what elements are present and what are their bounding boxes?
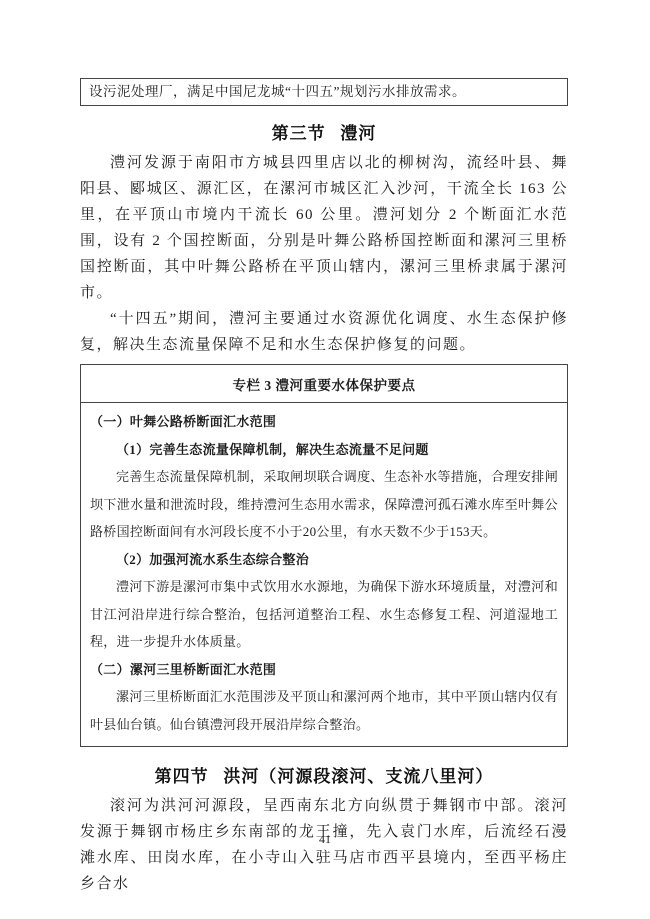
panel-item2-heading: （2）加强河流水系生态综合整治 [90,546,558,574]
panel-item1-heading: （1）完善生态流量保障机制，解决生态流量不足问题 [90,436,558,464]
page-number: 41 [0,832,650,847]
page-content: 设污泥处理厂，满足中国尼龙城“十四五”规划污水排放需求。 第三节 澧河 澧河发源… [80,78,568,897]
document-page: 设污泥处理厂，满足中国尼龙城“十四五”规划污水排放需求。 第三节 澧河 澧河发源… [0,0,650,919]
panel-item1-body: 完善生态流量保障机制，采取闸坝联合调度、生态补水等措施，合理安排闸坝下泄水量和泄… [90,463,558,546]
panel-continuation-text: 设污泥处理厂，满足中国尼龙城“十四五”规划污水排放需求。 [89,84,466,99]
panel-section1-heading: （一）叶舞公路桥断面汇水范围 [90,408,558,436]
section3-heading: 第三节 澧河 [80,119,568,144]
section4-heading: 第四节 洪河（河源段滚河、支流八里河） [80,762,568,787]
section4-heading-title: 洪河（河源段滚河、支流八里河） [223,767,493,786]
panel-section2-body: 漯河三里桥断面汇水范围涉及平顶山和漯河两个地市，其中平顶山辖内仅有叶县仙台镇。仙… [90,683,558,738]
panel-section2-heading: （二）漯河三里桥断面汇水范围 [90,656,558,684]
section3-heading-title: 澧河 [340,124,376,143]
panel-title: 专栏 3 澧河重要水体保护要点 [81,365,567,403]
panel-item2-body: 澧河下游是漯河市集中式饮用水水源地，为确保下游水环境质量，对澧河和甘江河沿岸进行… [90,573,558,656]
section4-heading-number: 第四节 [155,767,209,786]
section3-heading-number: 第三节 [272,124,326,143]
panel-continuation-box: 设污泥处理厂，满足中国尼龙城“十四五”规划污水排放需求。 [80,78,568,106]
section3-paragraph-2: “十四五”期间，澧河主要通过水资源优化调度、水生态保护修复，解决生态流量保障不足… [80,306,568,358]
section3-paragraph-1: 澧河发源于南阳市方城县四里店以北的柳树沟，流经叶县、舞阳县、郾城区、源汇区，在漯… [80,150,568,306]
panel-body: （一）叶舞公路桥断面汇水范围 （1）完善生态流量保障机制，解决生态流量不足问题 … [81,403,567,746]
panel-box: 专栏 3 澧河重要水体保护要点 （一）叶舞公路桥断面汇水范围 （1）完善生态流量… [80,364,568,747]
